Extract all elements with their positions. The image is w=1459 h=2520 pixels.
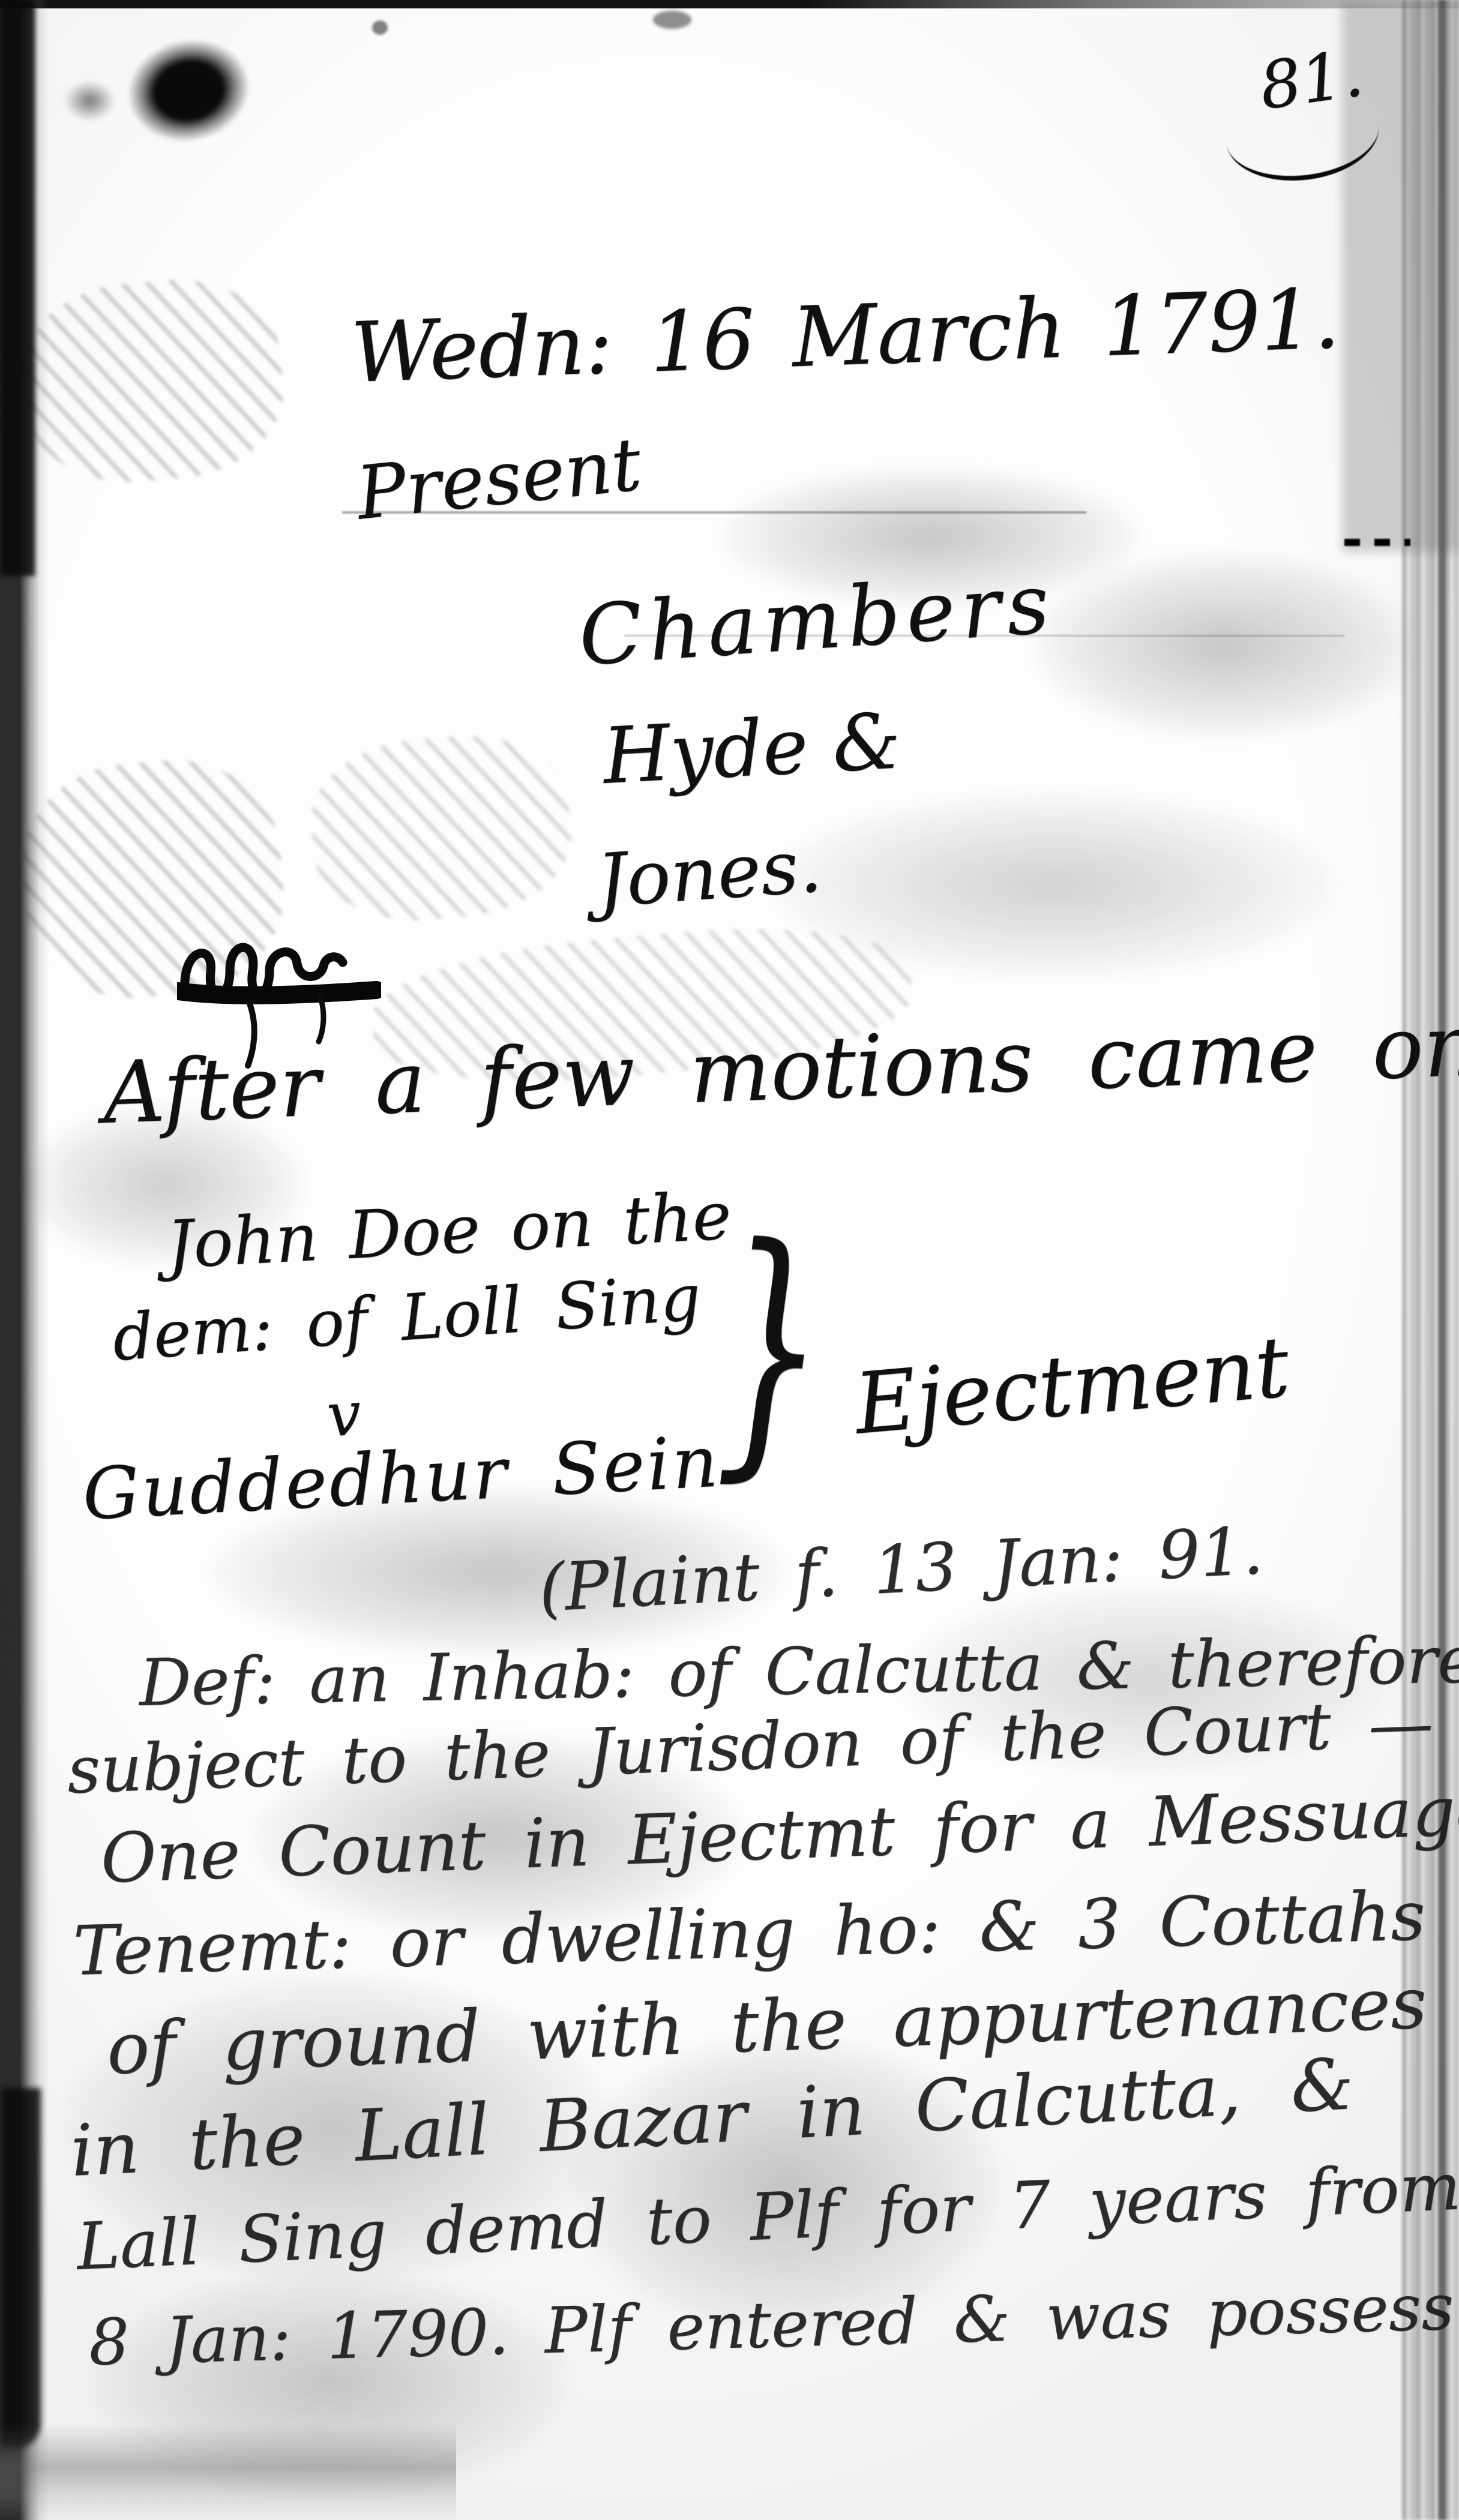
caption-versus: v — [325, 1384, 363, 1446]
bleed-through-hatch — [16, 271, 290, 491]
film-edge-left-dark — [1, 2088, 41, 2448]
cause-of-action: Ejectment — [852, 1325, 1293, 1447]
ink-speck — [653, 11, 691, 29]
ink-dashes — [1344, 539, 1410, 546]
judge-name-hyde: Hyde & — [601, 703, 903, 796]
ink-blot — [118, 28, 260, 154]
date-heading: Wedn: 16 March 1791. — [350, 278, 1341, 395]
page-curl-shadow — [0, 2424, 456, 2520]
film-edge-top — [0, 0, 1459, 8]
stain-smudge — [1032, 552, 1416, 738]
judge-name-chambers: Chambers — [576, 562, 1057, 678]
ink-blot — [55, 73, 124, 128]
present-label: Present — [353, 428, 645, 530]
stain-smudge — [768, 792, 1338, 978]
bleed-through-hatch — [305, 727, 578, 929]
caption-brace: } — [714, 1212, 826, 1485]
film-edge-left-dark — [0, 0, 35, 576]
ink-speck — [372, 20, 388, 35]
manuscript-scan-page: 81. Wedn: 16 March 1791. Present Chamber… — [0, 0, 1459, 2520]
judge-name-jones: Jones. — [595, 829, 824, 918]
